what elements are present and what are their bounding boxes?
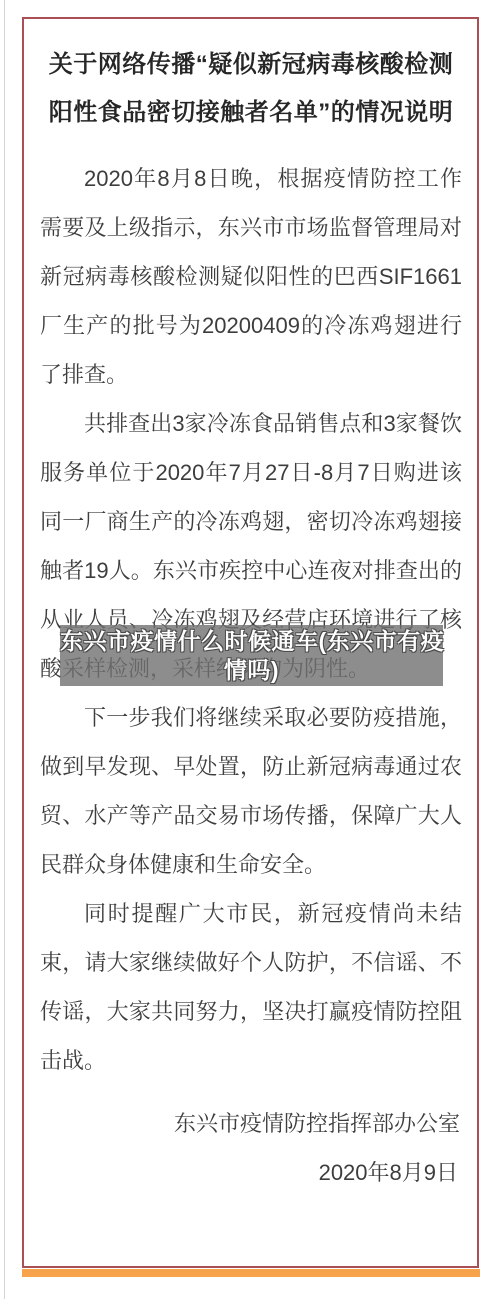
accent-bar [22, 1269, 480, 1277]
notice-body: 2020年8月8日晚，根据疫情防控工作需要及上级指示，东兴市市场监督管理局对新冠… [40, 154, 462, 1085]
notice-paragraph-3: 下一步我们将继续采取必要防疫措施，做到早发现、早处置，防止新冠病毒通过农贸、水产… [40, 693, 462, 889]
watermark-overlay: 东兴市疫情什么时候通车(东兴市有疫 情吗) [60, 625, 443, 686]
notice-paragraph-4: 同时提醒广大市民，新冠疫情尚未结束，请大家继续做好个人防护，不信谣、不传谣，大家… [40, 889, 462, 1085]
watermark-text-line-2: 情吗) [60, 656, 443, 685]
notice-date: 2020年8月9日 [40, 1148, 462, 1197]
notice-title-line-2: 阳性食品密切接触者名单”的情况说明 [40, 89, 462, 137]
notice-signature: 东兴市疫情防控指挥部办公室 [40, 1099, 462, 1148]
watermark-text-line-1: 东兴市疫情什么时候通车(东兴市有疫 [60, 627, 443, 656]
page-edge-divider [4, 0, 5, 1299]
article-screenshot: 关于网络传播“疑似新冠病毒核酸检测 阳性食品密切接触者名单”的情况说明 2020… [0, 0, 500, 1299]
notice-paragraph-1: 2020年8月8日晚，根据疫情防控工作需要及上级指示，东兴市市场监督管理局对新冠… [40, 154, 462, 399]
notice-content: 关于网络传播“疑似新冠病毒核酸检测 阳性食品密切接触者名单”的情况说明 2020… [24, 19, 477, 1197]
notice-title: 关于网络传播“疑似新冠病毒核酸检测 阳性食品密切接触者名单”的情况说明 [40, 41, 462, 137]
notice-title-line-1: 关于网络传播“疑似新冠病毒核酸检测 [40, 41, 462, 89]
